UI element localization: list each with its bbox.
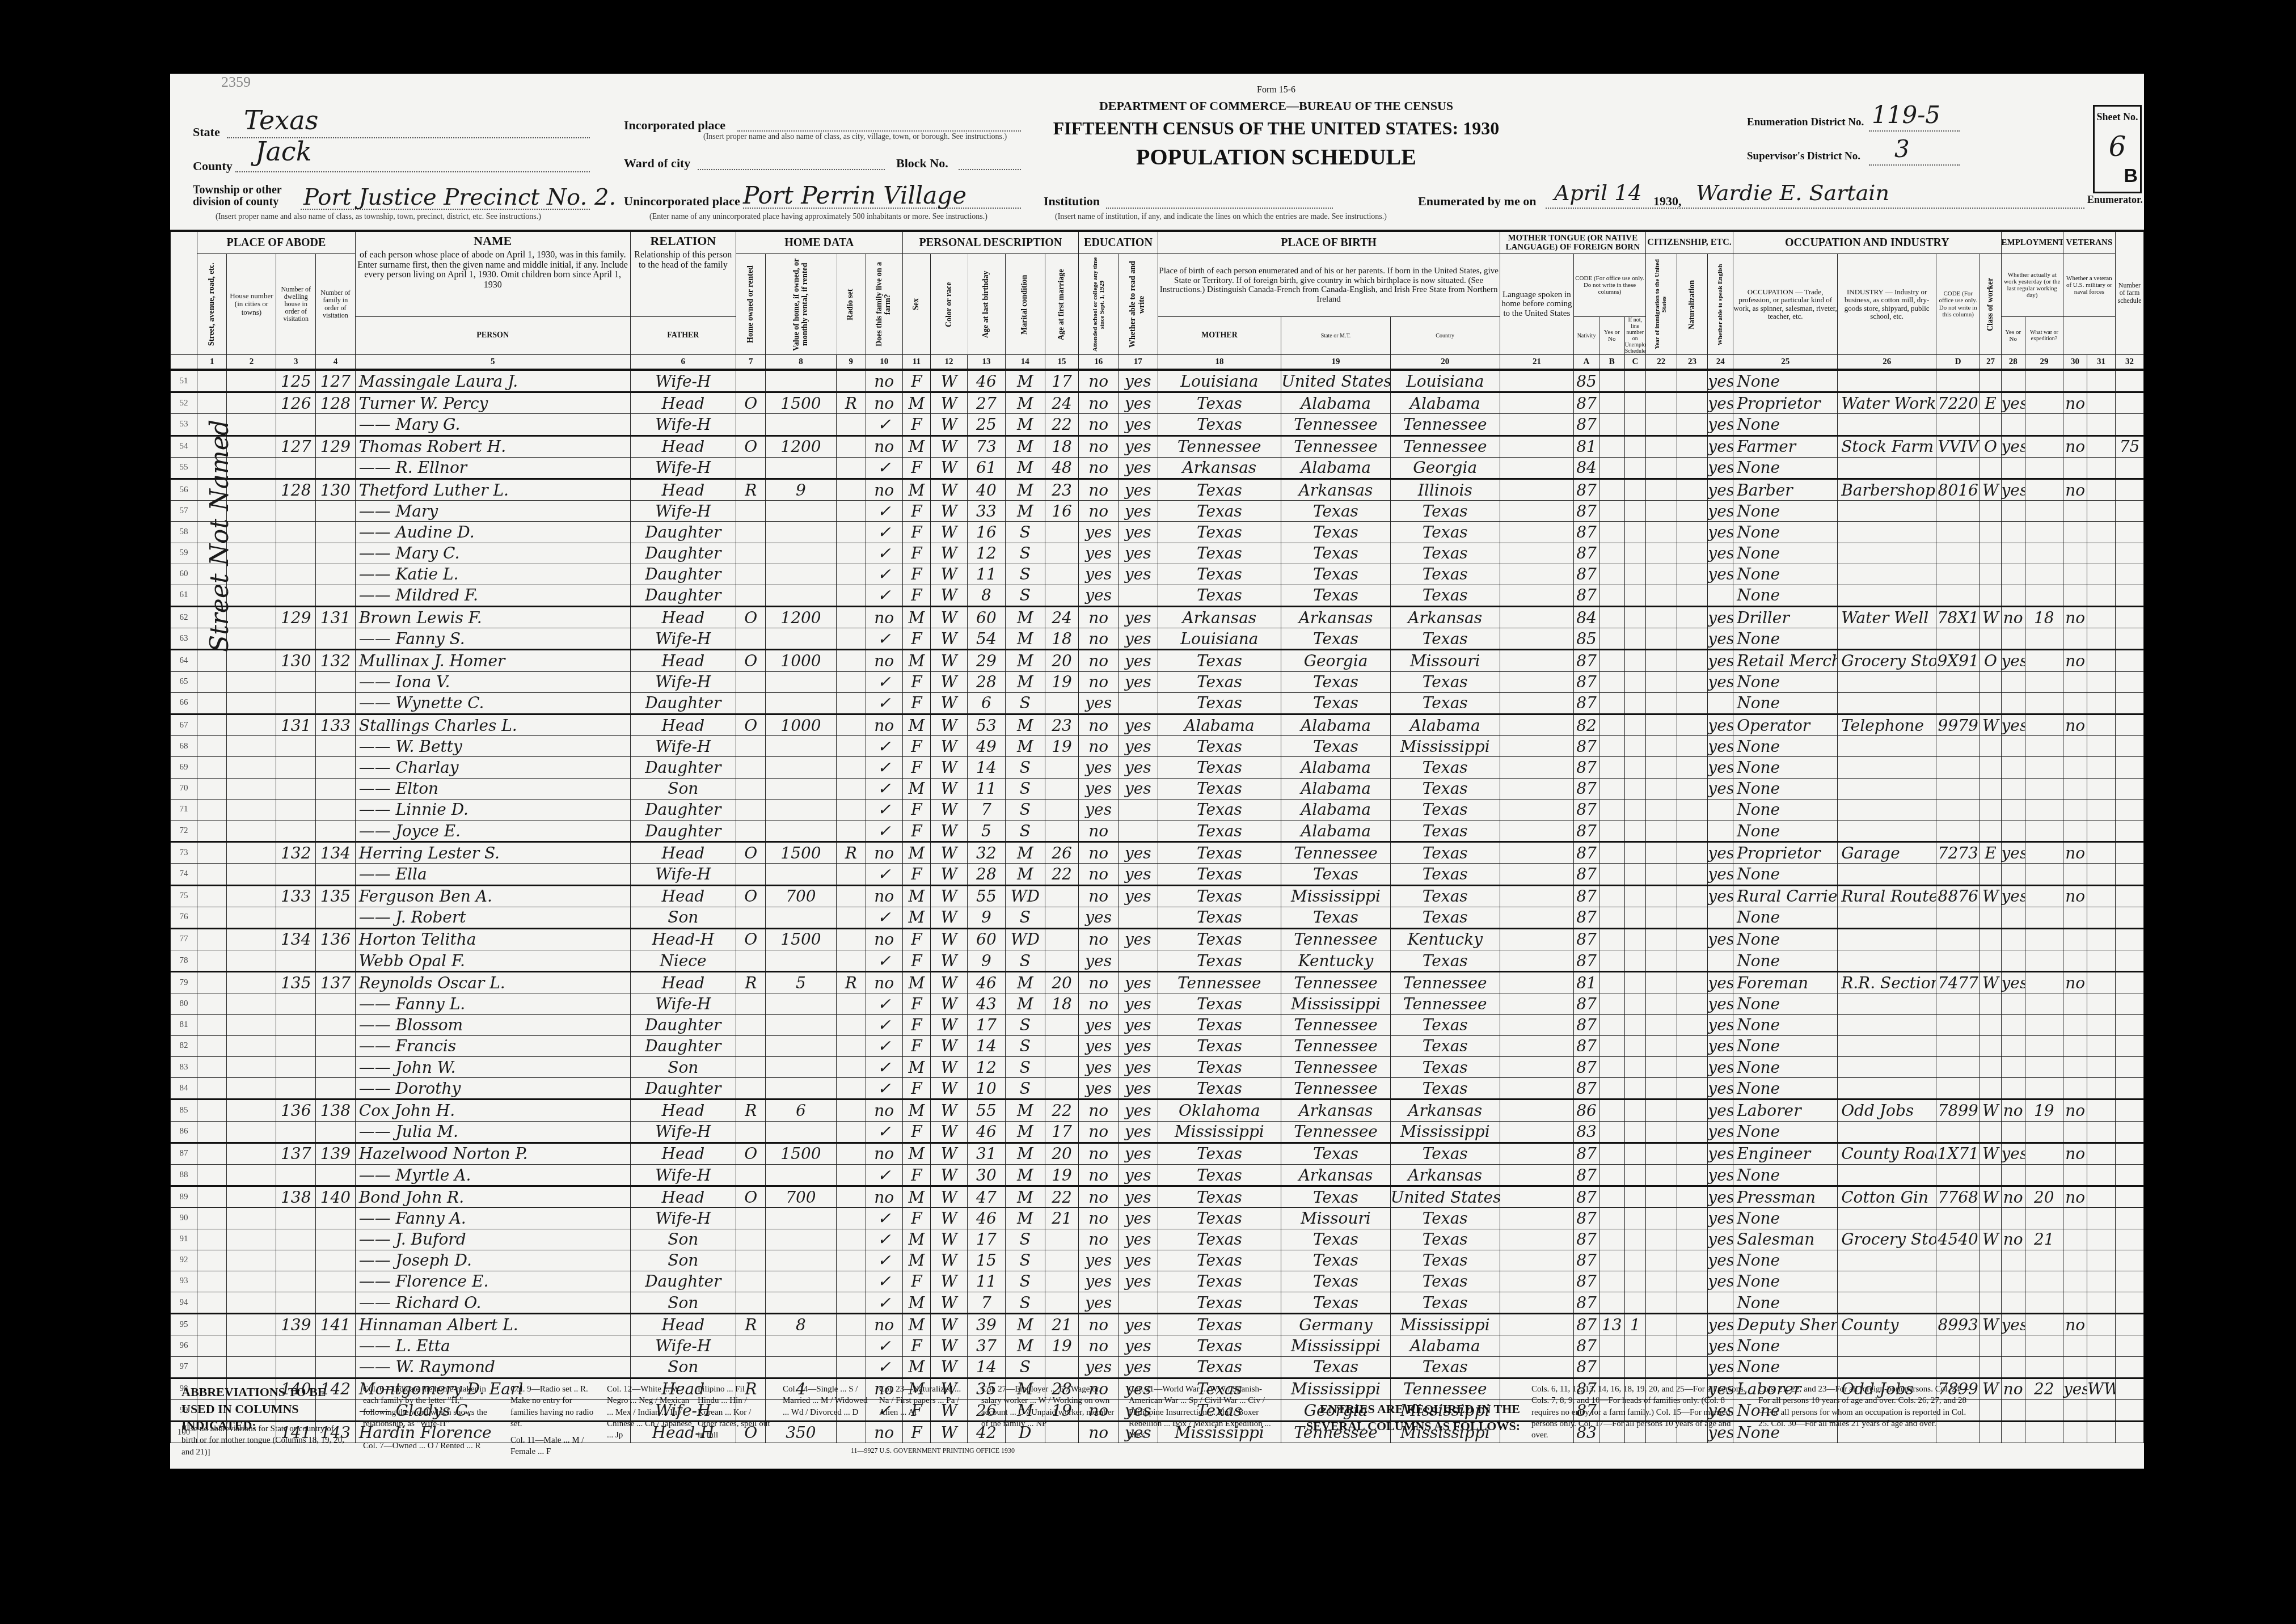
street-cell	[197, 757, 227, 778]
literacy-cell: yes	[1118, 1229, 1158, 1250]
speaks-english-cell: yes	[1708, 993, 1733, 1014]
literacy-cell: yes	[1118, 650, 1158, 671]
relation-cell: Wife-H	[630, 1121, 736, 1143]
code-a-cell: 87	[1574, 1292, 1599, 1314]
immigration-year-cell	[1645, 842, 1677, 864]
veteran-cell	[2063, 950, 2087, 972]
street-cell	[197, 928, 227, 950]
immigration-year-cell	[1645, 820, 1677, 841]
race-cell: W	[931, 1014, 968, 1035]
enumerator-label: Enumerator.	[2087, 194, 2143, 206]
relation-cell: Daughter	[630, 692, 736, 714]
sheet-side: B	[2124, 165, 2138, 187]
speaks-english-cell	[1708, 820, 1733, 841]
naturalization-cell	[1677, 1035, 1708, 1056]
war-cell	[2087, 692, 2116, 714]
home-value-cell	[766, 1356, 836, 1378]
mother-tongue-cell	[1500, 692, 1574, 714]
immigration-year-cell	[1645, 864, 1677, 885]
occupation-code-cell	[1936, 1078, 1980, 1099]
street-cell	[197, 820, 227, 841]
mother-tongue-cell	[1500, 543, 1574, 564]
code-c-cell	[1624, 1164, 1645, 1186]
family-number-cell	[316, 1356, 356, 1378]
industry-cell: R.R. Section	[1838, 972, 1936, 993]
worker-class-cell	[1980, 628, 2001, 650]
occupation-code-cell: 7768	[1936, 1186, 1980, 1208]
at-work-cell	[2001, 907, 2025, 928]
mother-birthplace-cell: Texas	[1390, 692, 1500, 714]
person-name-cell: —— Ella	[355, 864, 630, 885]
naturalization-cell	[1677, 650, 1708, 671]
mother-birthplace-cell: Georgia	[1390, 457, 1500, 479]
state-value: Texas	[244, 105, 318, 136]
speaks-english-cell: yes	[1708, 1057, 1733, 1078]
industry-cell	[1838, 1078, 1936, 1099]
sheet-label: Sheet No.	[2095, 111, 2140, 123]
code-b-cell	[1599, 1229, 1624, 1250]
unemployment-line-cell	[2025, 501, 2063, 522]
farm-cell: no	[866, 1314, 902, 1335]
school-cell: no	[1079, 1164, 1119, 1186]
entries-list-2: Cols. 21, 22, and 23—For all foreign-bor…	[1758, 1384, 1974, 1430]
veteran-cell: no	[2063, 1186, 2087, 1208]
war-cell	[2087, 457, 2116, 479]
line-number: 81	[171, 1014, 197, 1035]
marital-cell: M	[1005, 650, 1045, 671]
relation-cell: Head	[630, 607, 736, 628]
relation-cell: Head	[630, 650, 736, 671]
father-birthplace-cell: Tennessee	[1281, 1035, 1391, 1056]
immigration-year-cell	[1645, 1250, 1677, 1271]
birthplace-cell: Tennessee	[1158, 972, 1281, 993]
abbrev-note: [Use no abbreviations for State or count…	[182, 1423, 352, 1458]
birthplace-cell: Texas	[1158, 1292, 1281, 1314]
mother-tongue-cell	[1500, 1292, 1574, 1314]
sheet-value: 6	[2095, 131, 2140, 163]
ed-line	[1869, 130, 1960, 132]
marital-cell: M	[1005, 479, 1045, 500]
war-cell	[2087, 1250, 2116, 1271]
column-number: 20	[1390, 355, 1500, 370]
veteran-cell: no	[2063, 607, 2087, 628]
war-cell	[2087, 1121, 2116, 1143]
dwelling-number-cell	[276, 1035, 316, 1056]
house-number-cell	[227, 736, 276, 757]
at-work-cell	[2001, 501, 2025, 522]
occupation-code-cell: 9X91	[1936, 650, 1980, 671]
dwelling-number-cell	[276, 1229, 316, 1250]
relation-cell: Wife-H	[630, 993, 736, 1014]
mother-tongue-cell	[1500, 564, 1574, 585]
school-cell: yes	[1079, 757, 1119, 778]
age-cell: 31	[967, 1143, 1005, 1164]
speaks-english-cell: yes	[1708, 1035, 1733, 1056]
unemployment-line-cell: 20	[2025, 1186, 2063, 1208]
naturalization-cell	[1677, 1250, 1708, 1271]
immigration-year-cell	[1645, 1356, 1677, 1378]
family-number-cell	[316, 457, 356, 479]
dwelling-number-cell	[276, 778, 316, 799]
at-work-cell	[2001, 1335, 2025, 1356]
race-cell: W	[931, 1229, 968, 1250]
code-a-cell: 87	[1574, 1356, 1599, 1378]
family-number-cell	[316, 1164, 356, 1186]
person-name-cell: —— J. Robert	[355, 907, 630, 928]
at-work-cell	[2001, 1271, 2025, 1292]
code-note: CODE (For office use only. Do not write …	[1574, 254, 1646, 317]
birthplace-cell: Texas	[1158, 564, 1281, 585]
code-c-cell	[1624, 392, 1645, 414]
occupation-cell: None	[1733, 414, 1838, 435]
column-number: 9	[836, 355, 866, 370]
marital-cell: M	[1005, 1121, 1045, 1143]
house-number-cell	[227, 714, 276, 736]
table-row: 93—— Florence E.Daughter✓FW11SyesyesTexa…	[171, 1271, 2144, 1292]
table-row: 81—— BlossomDaughter✓FW17SyesyesTexasTen…	[171, 1014, 2144, 1035]
home-value-cell: 5	[766, 972, 836, 993]
house-number-cell	[227, 842, 276, 864]
industry-cell	[1838, 1057, 1936, 1078]
school-cell: yes	[1079, 1078, 1119, 1099]
literacy-cell	[1118, 692, 1158, 714]
relation-cell: Daughter	[630, 1271, 736, 1292]
radio-cell	[836, 993, 866, 1014]
table-row: 60—— Katie L.Daughter✓FW11SyesyesTexasTe…	[171, 564, 2144, 585]
table-row: 68—— W. BettyWife-H✓FW49M19noyesTexasTex…	[171, 736, 2144, 757]
immigration-year-cell	[1645, 972, 1677, 993]
age-first-marriage-cell: 20	[1045, 1143, 1079, 1164]
unemployment-line-cell	[2025, 543, 2063, 564]
house-number-cell	[227, 1014, 276, 1035]
code-c-cell	[1624, 799, 1645, 820]
population-schedule-table: PLACE OF ABODE NAMEof each person whose …	[170, 230, 2144, 1443]
table-row: 59—— Mary C.Daughter✓FW12SyesyesTexasTex…	[171, 543, 2144, 564]
age-cell: 14	[967, 1356, 1005, 1378]
age-cell: 14	[967, 1035, 1005, 1056]
occupation-code-cell: 8016	[1936, 479, 1980, 500]
naturalization-cell	[1677, 1057, 1708, 1078]
home-value-cell	[766, 1035, 836, 1056]
birthplace-cell: Texas	[1158, 692, 1281, 714]
war-cell	[2087, 864, 2116, 885]
street-cell	[197, 1314, 227, 1335]
war-cell	[2087, 522, 2116, 543]
age-first-marriage-cell: 20	[1045, 972, 1079, 993]
speaks-english-cell: yes	[1708, 607, 1733, 628]
immigration-year-cell	[1645, 1099, 1677, 1121]
worker-class-cell	[1980, 1164, 2001, 1186]
war-cell	[2087, 842, 2116, 864]
line-number: 54	[171, 435, 197, 457]
relation-cell: Head	[630, 972, 736, 993]
mother-birthplace-cell: Texas	[1390, 907, 1500, 928]
age-first-marriage-cell	[1045, 543, 1079, 564]
column-number: 11	[902, 355, 931, 370]
immigration-year-cell	[1645, 585, 1677, 606]
age-cell: 12	[967, 1057, 1005, 1078]
birthplace-cell: Oklahoma	[1158, 1099, 1281, 1121]
relation-cell: Wife-H	[630, 501, 736, 522]
table-row: 86—— Julia M.Wife-H✓FW46M17noyesMississi…	[171, 1121, 2144, 1143]
father-birthplace-cell: Tennessee	[1281, 928, 1391, 950]
literacy-cell: yes	[1118, 842, 1158, 864]
speaks-english-cell: yes	[1708, 457, 1733, 479]
age-cell: 6	[967, 692, 1005, 714]
literacy-cell: yes	[1118, 1314, 1158, 1335]
age-cell: 40	[967, 479, 1005, 500]
immigration-year-cell	[1645, 564, 1677, 585]
father-birthplace-cell: Texas	[1281, 671, 1391, 692]
age-first-marriage-cell	[1045, 564, 1079, 585]
person-name-cell: —— Mary	[355, 501, 630, 522]
industry-cell	[1838, 1121, 1936, 1143]
father-birthplace-cell: Alabama	[1281, 778, 1391, 799]
mother-tongue-cell	[1500, 842, 1574, 864]
naturalization-cell	[1677, 392, 1708, 414]
race-cell: W	[931, 885, 968, 907]
at-work-cell: yes	[2001, 1143, 2025, 1164]
at-work-cell: yes	[2001, 972, 2025, 993]
col29-header: If not, line number on Unemployment Sche…	[1624, 317, 1645, 355]
radio-cell	[836, 1014, 866, 1035]
worker-class-cell: W	[1980, 1186, 2001, 1208]
family-number-cell	[316, 414, 356, 435]
table-row: 88—— Myrtle A.Wife-H✓FW30M19noyesTexasAr…	[171, 1164, 2144, 1186]
immigration-year-cell	[1645, 1335, 1677, 1356]
speaks-english-cell: yes	[1708, 564, 1733, 585]
line-number: 65	[171, 671, 197, 692]
person-name-cell: Stallings Charles L.	[355, 714, 630, 736]
home-value-cell	[766, 457, 836, 479]
veteran-cell	[2063, 457, 2087, 479]
unemployment-line-cell	[2025, 392, 2063, 414]
line-number-header	[171, 231, 197, 355]
unemployment-line-cell	[2025, 1335, 2063, 1356]
home-tenure-cell	[736, 457, 766, 479]
farm-cell: ✓	[866, 1164, 902, 1186]
line-number: 97	[171, 1356, 197, 1378]
farm-schedule-cell	[2115, 1229, 2143, 1250]
dwelling-number-cell	[276, 757, 316, 778]
code-a-cell: 83	[1574, 1121, 1599, 1143]
house-number-cell	[227, 1314, 276, 1335]
sex-cell: M	[902, 1186, 931, 1208]
unemployment-line-cell	[2025, 799, 2063, 820]
speaks-english-cell: yes	[1708, 1250, 1733, 1271]
literacy-cell: yes	[1118, 522, 1158, 543]
incorporated-label: Incorporated place	[624, 118, 725, 133]
house-number-cell	[227, 1143, 276, 1164]
age-cell: 5	[967, 820, 1005, 841]
person-name-cell: —— Blossom	[355, 1014, 630, 1035]
war-cell	[2087, 928, 2116, 950]
home-tenure-cell: R	[736, 1099, 766, 1121]
code-b-cell	[1599, 1250, 1624, 1271]
home-value-cell	[766, 799, 836, 820]
street-cell	[197, 972, 227, 993]
school-cell: no	[1079, 479, 1119, 500]
code-b-cell	[1599, 1143, 1624, 1164]
immigration-year-cell	[1645, 928, 1677, 950]
industry-cell	[1838, 778, 1936, 799]
table-row: 62129131Brown Lewis F.HeadO1200noMW60M24…	[171, 607, 2144, 628]
home-value-cell: 1500	[766, 1143, 836, 1164]
marital-cell: M	[1005, 842, 1045, 864]
literacy-cell: yes	[1118, 928, 1158, 950]
line-number: 89	[171, 1186, 197, 1208]
father-birthplace-cell: Alabama	[1281, 457, 1391, 479]
school-cell: yes	[1079, 778, 1119, 799]
birthplace-cell: Texas	[1158, 778, 1281, 799]
institution-line	[1106, 208, 1333, 209]
father-birthplace-cell: Mississippi	[1281, 1335, 1391, 1356]
home-value-cell	[766, 671, 836, 692]
worker-class-cell: O	[1980, 435, 2001, 457]
house-number-cell	[227, 907, 276, 928]
occupation-cell: None	[1733, 864, 1838, 885]
literacy-cell: yes	[1118, 1208, 1158, 1229]
industry-cell	[1838, 628, 1936, 650]
relation-cell: Head	[630, 479, 736, 500]
dwelling-number-cell: 126	[276, 392, 316, 414]
code-a-cell: 81	[1574, 435, 1599, 457]
war-cell	[2087, 435, 2116, 457]
family-number-cell	[316, 950, 356, 972]
dwelling-number-cell	[276, 692, 316, 714]
col24-header: Whether able to speak English	[1708, 254, 1733, 355]
age-cell: 25	[967, 414, 1005, 435]
code-a-cell: 87	[1574, 1229, 1599, 1250]
at-work-cell: yes	[2001, 650, 2025, 671]
age-first-marriage-cell: 18	[1045, 993, 1079, 1014]
industry-cell	[1838, 950, 1936, 972]
mother-tongue-cell	[1500, 585, 1574, 606]
veteran-cell	[2063, 1335, 2087, 1356]
sex-cell: F	[902, 1121, 931, 1143]
literacy-cell: yes	[1118, 628, 1158, 650]
relation-cell: Daughter	[630, 585, 736, 606]
school-cell: no	[1079, 993, 1119, 1014]
naturalization-cell	[1677, 1314, 1708, 1335]
school-cell: no	[1079, 1099, 1119, 1121]
street-cell	[197, 1078, 227, 1099]
industry-cell	[1838, 928, 1936, 950]
code-c-cell	[1624, 501, 1645, 522]
school-cell: yes	[1079, 522, 1119, 543]
mother-birthplace-cell: Texas	[1390, 1078, 1500, 1099]
literacy-cell: yes	[1118, 414, 1158, 435]
unemployment-line-cell	[2025, 650, 2063, 671]
occupation-cell: None	[1733, 585, 1838, 606]
naturalization-cell	[1677, 1014, 1708, 1035]
table-row: 83—— John W.Son✓MW12SyesyesTexasTennesse…	[171, 1057, 2144, 1078]
farm-schedule-cell	[2115, 628, 2143, 650]
line-number: 94	[171, 1292, 197, 1314]
column-number: 25	[1733, 355, 1838, 370]
industry-cell: Odd Jobs	[1838, 1099, 1936, 1121]
age-cell: 27	[967, 392, 1005, 414]
unemployment-line-cell	[2025, 457, 2063, 479]
unincorporated-note: (Enter name of any unincorporated place …	[649, 213, 987, 222]
race-cell: W	[931, 585, 968, 606]
code-b-cell	[1599, 842, 1624, 864]
code-c-cell	[1624, 907, 1645, 928]
sex-cell: M	[902, 1143, 931, 1164]
birthplace-cell: Texas	[1158, 1314, 1281, 1335]
relation-cell: Daughter	[630, 543, 736, 564]
dwelling-number-cell	[276, 1164, 316, 1186]
occupation-code-cell: 7273	[1936, 842, 1980, 864]
father-birthplace-cell: Texas	[1281, 1271, 1391, 1292]
col21-header: Language spoken in home before coming to…	[1500, 254, 1574, 355]
family-number-cell	[316, 820, 356, 841]
marital-cell: M	[1005, 1335, 1045, 1356]
unemployment-line-cell	[2025, 993, 2063, 1014]
street-cell	[197, 1335, 227, 1356]
person-name-cell: Turner W. Percy	[355, 392, 630, 414]
table-row: 77134136Horton TelithaHead-HO1500noFW60W…	[171, 928, 2144, 950]
footer-instructions: ABBREVIATIONS TO BE USED IN COLUMNS INDI…	[170, 1378, 2144, 1469]
radio-cell	[836, 479, 866, 500]
person-name-cell: —— Iona V.	[355, 671, 630, 692]
incorporated-line	[737, 130, 1021, 132]
veteran-cell	[2063, 907, 2087, 928]
mother-birthplace-cell: Texas	[1390, 1035, 1500, 1056]
form-number: Form 15-6	[1021, 85, 1531, 95]
sex-cell: M	[902, 392, 931, 414]
war-cell	[2087, 1292, 2116, 1314]
code-a-cell: 87	[1574, 392, 1599, 414]
colnum-blank	[171, 355, 197, 370]
veteran-cell	[2063, 1292, 2087, 1314]
at-work-cell	[2001, 1035, 2025, 1056]
code-c-cell	[1624, 414, 1645, 435]
race-cell: W	[931, 736, 968, 757]
line-number: 66	[171, 692, 197, 714]
dwelling-number-cell	[276, 1250, 316, 1271]
farm-schedule-cell	[2115, 1164, 2143, 1186]
worker-class-cell	[1980, 757, 2001, 778]
worker-class-cell	[1980, 1250, 2001, 1271]
home-value-cell: 1200	[766, 435, 836, 457]
sex-cell: F	[902, 1208, 931, 1229]
industry-cell	[1838, 1035, 1936, 1056]
immigration-year-cell	[1645, 435, 1677, 457]
mother-birthplace-cell: Texas	[1390, 820, 1500, 841]
worker-class-cell: W	[1980, 972, 2001, 993]
age-cell: 54	[967, 628, 1005, 650]
family-number-cell	[316, 1271, 356, 1292]
naturalization-cell	[1677, 885, 1708, 907]
father-birthplace-cell: United States	[1281, 370, 1391, 392]
farm-cell: no	[866, 1143, 902, 1164]
col14-note: Col. 14—Single ... S / Married ... M / W…	[783, 1384, 868, 1418]
veteran-cell	[2063, 1229, 2087, 1250]
mother-birthplace-cell: Alabama	[1390, 392, 1500, 414]
code-b-cell	[1599, 501, 1624, 522]
mother-tongue-cell	[1500, 1164, 1574, 1186]
occupation-code-cell: 78X1	[1936, 607, 1980, 628]
age-first-marriage-cell: 23	[1045, 479, 1079, 500]
sheet-number-box: Sheet No. 6 B	[2093, 105, 2142, 193]
line-number: 57	[171, 501, 197, 522]
code-a-cell: 87	[1574, 1057, 1599, 1078]
mother-tongue-cell	[1500, 392, 1574, 414]
war-cell	[2087, 671, 2116, 692]
code-b-cell	[1599, 628, 1624, 650]
occupation-code-cell: 7220	[1936, 392, 1980, 414]
